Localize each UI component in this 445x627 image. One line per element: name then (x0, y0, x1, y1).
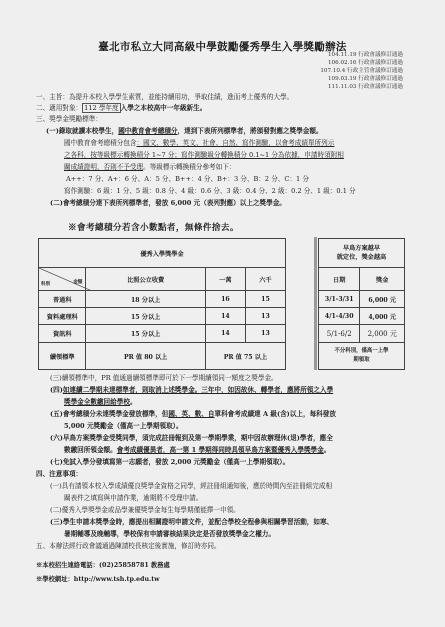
standard-1-prefix: (一)錄取就讀本校學生， (46, 127, 118, 135)
early-bird-footer-line1: 不分科別，僅高一上學 (319, 347, 404, 356)
writing-conversion: 寫作測驗：6 級：1 分、5 級：0.8 分、4 級：0.6 分、3 級：0.4… (64, 187, 356, 196)
standard-4-line2-underlined: 獎學金全數繳回給學校 (64, 398, 130, 406)
revision-history: 104.11.19 行政會議修訂通過 106.02.16 行政會議修訂通過 10… (320, 51, 403, 91)
section-implementation: 五、本辦法經行政會議通過陳請校長核定後實施，修訂時亦同。 (36, 542, 221, 551)
diagonal-line-icon (39, 268, 92, 291)
early-bird-header-line1: 早鳥方案越早 (319, 244, 404, 253)
scholarship-table-header: 優秀入學獎學金 (39, 239, 286, 268)
standard-6-line2-underlined: 會考成績優異者，高一第 1 學期得同時具領早鳥方案暨優秀入學獎學金 (117, 446, 324, 454)
cell: PR 值 80 以上 (86, 343, 205, 370)
standard-5-underlined: 國、英、數、自 (168, 410, 214, 418)
cell: 14 (205, 308, 245, 325)
cell: 15 分以上 (86, 308, 205, 325)
early-bird-header-line2: 就定位，獎金越高 (319, 253, 404, 262)
column-header: 一萬 (205, 268, 245, 291)
eligibility-text: 入學之本校高中一年級新生。 (121, 104, 207, 112)
standard-1: (一)錄取就讀本校學生，國中教育會考總積分，達到下表所列標準者，將頒發對應之獎學… (46, 127, 323, 136)
table-row: 5/1-6/2 2,000 元 (319, 325, 405, 343)
cell: 16 (205, 291, 245, 308)
renewal-row: 續領標準 PR 值 80 以上 PR 值 75 以上 (39, 343, 286, 370)
cell: 15 (245, 291, 285, 308)
standard-1-line2-underlined: ：國文、數學、英文、社會、自然、寫作測驗，以會考成績單所列示 (137, 139, 335, 147)
standard-1-line2: 國中教育會考總積分包含：國文、數學、英文、社會、自然、寫作測驗，以會考成績單所列… (64, 139, 334, 148)
standard-1-line2-prefix: 國中教育會考總積分包含 (64, 139, 137, 147)
early-bird-table: 早鳥方案越早 就定位，獎金越高 日期 獎金 3/1-3/31 6,000 元 4… (318, 238, 405, 370)
column-header: 獎金 (360, 268, 405, 291)
grade-conversion: A++：7 分、A+：6 分、A：5 分、B++：4 分、B+：3 分、B：2 … (66, 175, 309, 184)
standard-4-line2-suffix: 。 (130, 398, 137, 406)
standard-6: (六)早鳥方案獎學金受獎同學，須完成註冊報到及第一學期學業，期中因故辦理休(退)… (50, 434, 333, 443)
amount-cell: 6,000 元 (360, 291, 405, 308)
row-label: 資訊科 (39, 325, 86, 343)
row-label: 續領標準 (39, 343, 86, 370)
document-page: 臺北市私立大同高級中學鼓勵優秀學生入學獎勵辦法 104.11.19 行政會議修訂… (0, 0, 445, 627)
standard-5: (五)會考總積分未達獎學金發放標準，但國、英、數、自單科會考成績達 A 級(含)… (50, 410, 336, 419)
early-bird-footer: 不分科別，僅高一上學 期領取 (319, 343, 405, 370)
standard-1-line4-underlined: 關成績證明，否則不予受理 (64, 163, 143, 171)
note-3-line2: 暑期輔導及晚輔導，學校保有申請審核結果決定是否發放獎學金之權力。 (64, 530, 275, 539)
revision-entry: 104.11.19 行政會議修訂通過 (320, 51, 403, 59)
table-row: 普通科 18 分以上 16 15 (39, 291, 286, 308)
table-row: 資料處理科 15 分以上 14 13 (39, 308, 286, 325)
standard-5-suffix: 單科會考成績達 A 級(含)以上，每科發放 (215, 410, 336, 418)
revision-entry: 107.10.4 行政主管會議修訂通過 (320, 67, 403, 75)
contact-phone: ※本校招生連絡電話：(02)25858781 教務處 (36, 560, 170, 569)
section-purpose: 一、主旨：為提升本校入學學生素質，並能持續用功，爭取佳績，進而考上優秀的大學。 (36, 93, 293, 102)
note-1-line2: 關表件之填寫與申請作業，逾期將不受理申請。 (64, 494, 202, 503)
note-1: (一)具有請領本校入學成績優良獎學金資格之同學，經註冊組通知後，應於時間內至註冊… (50, 482, 332, 491)
table-row: 3/1-3/31 6,000 元 (319, 291, 405, 308)
standard-7: (七)免試入學分發填寫第一志願者，發放 2,000 元獎勵金（僅高一上學期領取）… (50, 458, 289, 467)
eligibility-label: 二、適用對象： (36, 104, 82, 112)
amount-cell: 4,000 元 (360, 308, 405, 325)
cell: 14 (205, 325, 245, 343)
section-eligibility: 二、適用對象：112 學年度入學之本校高中一年級新生。 (36, 104, 206, 113)
cell: PR 值 75 以上 (205, 343, 285, 370)
academic-year-box: 112 學年度 (82, 103, 120, 113)
cell: 18 分以上 (86, 291, 205, 308)
date-cell: 3/1-3/31 (319, 291, 360, 308)
school-website: ※學校網址：http://www.tsh.tp.edu.tw (36, 574, 160, 583)
table-divider (314, 237, 317, 370)
scholarship-table: 優秀入學獎學金 科別 金額 比照公立收費 一萬 六千 普通科 18 分以上 16… (38, 238, 286, 370)
note-2: (二)優秀入學獎學金或品學兼優獎學金每生每學期僅能擇一申領。 (50, 506, 240, 515)
standard-1-suffix: ，達到下表所列標準者，將頒發對應之獎學金額。 (178, 127, 323, 135)
standard-5-prefix: (五)會考總積分未達獎學金發放標準，但 (50, 410, 168, 418)
standard-6-line2: 數繳回所領金額。會考成績優異者，高一第 1 學期得同時具領早鳥方案暨優秀入學獎學… (64, 446, 330, 455)
section-standards-heading: 三、獎學金獎勵標準： (36, 115, 102, 124)
cell: 15 分以上 (86, 325, 205, 343)
standard-4-prefix: (四) (50, 386, 63, 394)
revision-entry: 109.03.19 行政會議修訂通過 (320, 75, 403, 83)
early-bird-footer-line2: 期領取 (319, 356, 404, 365)
date-cell: 5/1-6/2 (319, 325, 360, 343)
table-row: 資訊科 15 分以上 14 13 (39, 325, 286, 343)
section-notes-heading: 四、注意事項： (36, 470, 82, 479)
standard-1-underlined: 國中教育會考總積分 (118, 127, 177, 135)
early-bird-header: 早鳥方案越早 就定位，獎金越高 (319, 239, 405, 268)
row-label: 資料處理科 (39, 308, 86, 325)
diagonal-header-cell: 科別 金額 (39, 268, 86, 291)
table-row: 4/1-4/30 4,000 元 (319, 308, 405, 325)
standard-1-line3: 之各科，按等級標示轉換積分 1~7 分；寫作測驗級分轉換積分 0.1~1 分為依… (64, 151, 344, 160)
row-label: 普通科 (39, 291, 86, 308)
standard-1-line4: 關成績證明，否則不予受理。等級標示轉換積分參考如下： (64, 163, 235, 172)
standard-3: (三)續領標準中，PR 值通過續領標準即可於下一學期續領同一額度之獎學金。 (50, 374, 278, 383)
standard-1-line4-suffix: 。等級標示轉換積分參考如下： (143, 163, 235, 171)
column-header: 日期 (319, 268, 360, 291)
standard-6-line2-prefix: 數繳回所領金額。 (64, 446, 117, 454)
date-cell: 4/1-4/30 (319, 308, 360, 325)
cell: 13 (245, 325, 285, 343)
amount-cell: 2,000 元 (360, 325, 405, 343)
standard-4: (四)如連續二學期未達標準者，則取消上述獎學金。三年中，如因故休、轉學者，應將所… (50, 386, 333, 395)
rounding-note: ※會考總積分若含小數點者，無條件捨去。 (68, 221, 239, 233)
revision-entry: 106.02.16 行政會議修訂通過 (320, 59, 403, 67)
column-header: 比照公立收費 (86, 268, 205, 291)
standard-2: (二)會考總積分達下表所列標準者，發放 6,000 元（表列對應）以上之獎學金。 (50, 199, 286, 208)
standard-5-line2: 5,000 元獎勵金（僅高一上學期領取）。 (64, 422, 183, 431)
amount-label: 金額 (73, 279, 82, 285)
revision-entry: 111.11.03 行政會議修訂通過 (320, 83, 403, 91)
note-3: (三)學生申請本獎學金時，應提出相關證明申請文件，並配合學校全程參與相關學習活動… (50, 518, 333, 527)
standard-4-line2: 獎學金全數繳回給學校。 (64, 398, 137, 407)
category-label: 科別 (41, 281, 50, 287)
column-header: 六千 (245, 268, 285, 291)
standard-6-line2-suffix: 。 (324, 446, 331, 454)
cell: 13 (245, 308, 285, 325)
standard-4-underlined: 如連續二學期未達標準者，則取消上述獎學金。三年中，如因故休、轉學者，應將所領之入… (63, 386, 333, 394)
